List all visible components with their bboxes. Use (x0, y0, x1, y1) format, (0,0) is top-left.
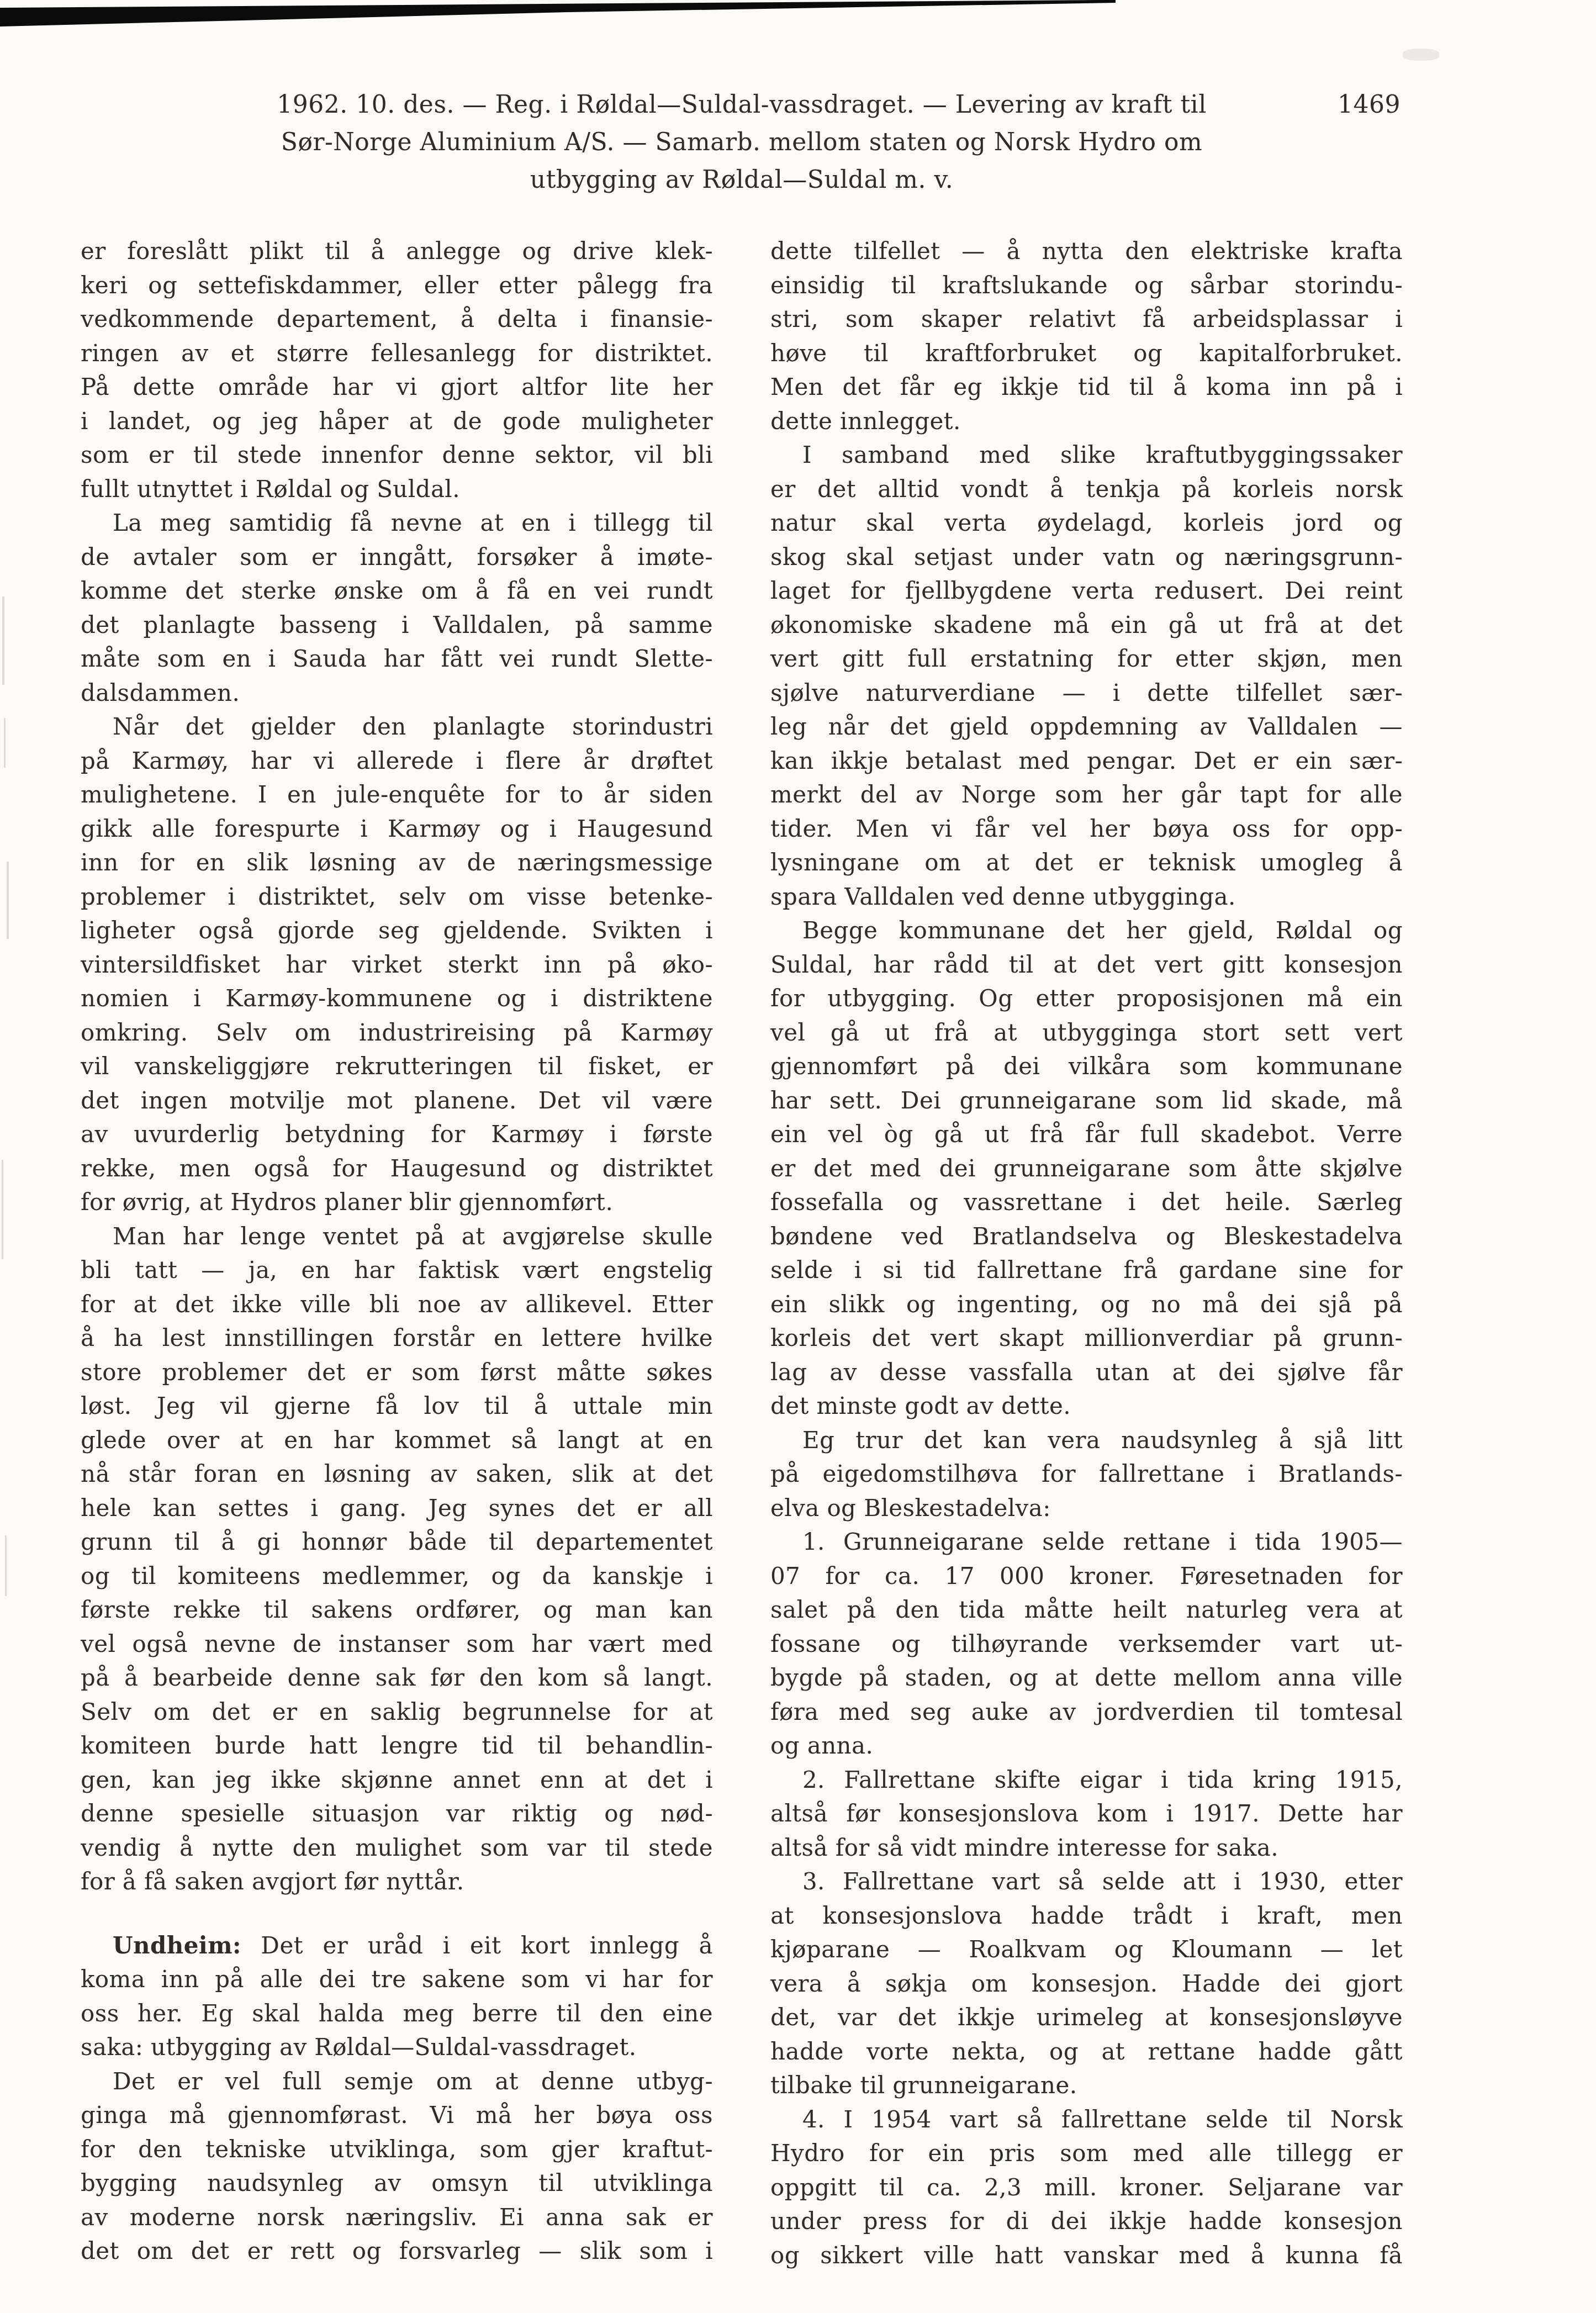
text-line: de avtaler som er inngått, forsøker å im… (81, 540, 713, 574)
text-line: korleis det vert skapt millionverdiar på… (770, 1321, 1403, 1355)
text-line: gikk alle forespurte i Karmøy og i Hauge… (81, 812, 713, 846)
text-line: og sikkert ville hatt vanskar med å kunn… (770, 2238, 1403, 2273)
text-line: økonomiske skadene må ein gå ut frå at d… (770, 608, 1403, 642)
text-line: det ingen motvilje mot planene. Det vil … (81, 1084, 713, 1118)
scan-streak (7, 862, 9, 939)
text-line: bøndene ved Bratlandselva og Bleskestade… (770, 1219, 1403, 1254)
paragraph: 4. I 1954 vart så fallrettane selde til … (770, 2103, 1403, 2273)
header-line-2: Sør-Norge Aluminium A/S. — Samarb. mello… (81, 124, 1403, 161)
text-line: føra med seg auke av jordverdien til tom… (770, 1695, 1403, 1729)
text-line: stri, som skaper relativt få arbeidsplas… (770, 302, 1403, 336)
text-line: oppgitt til ca. 2,3 mill. kroner. Seljar… (770, 2171, 1403, 2205)
text-line: leg når det gjeld oppdemning av Valldale… (770, 710, 1403, 744)
text-columns: er foreslått plikt til å anlegge og driv… (81, 234, 1403, 2272)
scan-streak (5, 1535, 7, 1596)
text-line: på eigedomstilhøva for fallrettane i Bra… (770, 1457, 1403, 1491)
text-line: Hydro for ein pris som med alle tillegg … (770, 2136, 1403, 2171)
text-line: koma inn på alle dei tre sakene som vi h… (81, 1962, 713, 1997)
text-line: høve til kraftforbruket og kapitalforbru… (770, 336, 1403, 371)
text-line: som er til stede innenfor denne sektor, … (81, 438, 713, 472)
document-page: 1962. 10. des. — Reg. i Røldal—Suldal-va… (0, 0, 1596, 2313)
text-line: ginga må gjennomførast. Vi må her bøya o… (81, 2098, 713, 2132)
text-line: laget for fjellbygdene verta redusert. D… (770, 574, 1403, 608)
text-line: kjøparane — Roalkvam og Kloumann — let (770, 1932, 1403, 1967)
text-line: fullt utnyttet i Røldal og Suldal. (81, 472, 713, 506)
text-line: det, var det ikkje urimeleg at konsesjon… (770, 2000, 1403, 2035)
header-line-3: utbygging av Røldal—Suldal m. v. (81, 161, 1403, 199)
paragraph: Det er vel full semje om at denne utbyg-… (81, 2064, 713, 2268)
text-line: dalsdammen. (81, 676, 713, 710)
text-line: tilbake til grunneigarane. (770, 2068, 1403, 2103)
text-line: altså for så vidt mindre interesse for s… (770, 1831, 1403, 1865)
paragraph: Man har lenge ventet på at avgjørelse sk… (81, 1219, 713, 1899)
paragraph: Eg trur det kan vera naudsynleg å sjå li… (770, 1423, 1403, 1525)
text-line: 2. Fallrettane skifte eigar i tida kring… (770, 1763, 1403, 1797)
text-line: vert gitt full erstatning for etter skjø… (770, 642, 1403, 676)
paragraph: 2. Fallrettane skifte eigar i tida kring… (770, 1763, 1403, 1865)
text-line: På dette område har vi gjort altfor lite… (81, 370, 713, 404)
text-line: under press for di dei ikkje hadde konse… (770, 2204, 1403, 2238)
page-number: 1469 (1338, 86, 1401, 124)
text-line: mulighetene. I en jule-enquête for to år… (81, 778, 713, 812)
text-line: Det er vel full semje om at denne utbyg- (81, 2064, 713, 2099)
text-line: løst. Jeg vil gjerne få lov til å uttale… (81, 1389, 713, 1423)
paragraph: I samband med slike kraftutbyggingssaker… (770, 438, 1403, 913)
text-line: Begge kommunane det her gjeld, Røldal og (770, 913, 1403, 948)
text-line: komme det sterke ønske om å få en vei ru… (81, 574, 713, 608)
speaker-name: Undheim: (113, 1932, 241, 1959)
text-line: nomien i Karmøy-kommunene og i distrikte… (81, 981, 713, 1016)
text-line: vil vanskeliggjøre rekrutteringen til fi… (81, 1049, 713, 1084)
paragraph: Begge kommunane det her gjeld, Røldal og… (770, 913, 1403, 1423)
text-line: rekke, men også for Haugesund og distrik… (81, 1152, 713, 1186)
scan-streak (4, 718, 6, 768)
text-line: for utbygging. Og etter proposisjonen må… (770, 981, 1403, 1016)
text-line: vendig å nytte den mulighet som var til … (81, 1831, 713, 1865)
scan-streak (2, 596, 4, 685)
text-line: og anna. (770, 1729, 1403, 1763)
text-line: vedkommende departement, å delta i finan… (81, 302, 713, 336)
text-line: tider. Men vi får vel her bøya oss for o… (770, 812, 1403, 846)
paragraph: 1. Grunneigarane selde rettane i tida 19… (770, 1525, 1403, 1763)
text-line: for den tekniske utviklinga, som gjer kr… (81, 2132, 713, 2167)
scan-streak (2, 1160, 3, 1259)
text-line: for at det ikke ville bli noe av allikev… (81, 1287, 713, 1322)
scan-artifact-top-edge (0, 0, 1116, 29)
text-line: det planlagte basseng i Valldalen, på sa… (81, 608, 713, 642)
text-line: for øvrig, at Hydros planer blir gjennom… (81, 1185, 713, 1219)
text-line: 4. I 1954 vart så fallrettane selde til … (770, 2103, 1403, 2137)
text-line: og til komiteens medlemmer, og da kanskj… (81, 1559, 713, 1593)
text-line: dette tilfellet — å nytta den elektriske… (770, 234, 1403, 268)
text-line: Men det får eg ikkje tid til å koma inn … (770, 370, 1403, 404)
text-line: har sett. Dei grunneigarane som lid skad… (770, 1084, 1403, 1118)
text-line: merkt del av Norge som her går tapt for … (770, 778, 1403, 812)
text-line: på Karmøy, har vi allerede i flere år dr… (81, 744, 713, 778)
text-line: denne spesielle situasjon var riktig og … (81, 1797, 713, 1831)
text-line: er det med dei grunneigarane som åtte sk… (770, 1152, 1403, 1186)
text-line: fossane og tilhøyrande verksemder vart u… (770, 1627, 1403, 1661)
paragraph: Undheim: Det er uråd i eit kort innlegg … (81, 1929, 713, 2064)
text-line: inn for en slik løsning av de næringsmes… (81, 846, 713, 880)
text-line: vel gå ut frå at utbygginga stort sett v… (770, 1016, 1403, 1050)
scan-smudge (1403, 49, 1439, 61)
text-line: saka: utbygging av Røldal—Suldal-vassdra… (81, 2030, 713, 2064)
text-line: Suldal, har rådd til at det vert gitt ko… (770, 948, 1403, 982)
page-header: 1962. 10. des. — Reg. i Røldal—Suldal-va… (81, 86, 1403, 199)
paragraph: La meg samtidig få nevne at en i tillegg… (81, 506, 713, 710)
text-line: spara Valldalen ved denne utbygginga. (770, 880, 1403, 914)
text-line: altså før konsesjonslova kom i 1917. Det… (770, 1797, 1403, 1831)
text-line: for å få saken avgjort før nyttår. (81, 1865, 713, 1899)
header-line-1: 1962. 10. des. — Reg. i Røldal—Suldal-va… (81, 86, 1403, 124)
text-line: bygde på staden, og at dette mellom anna… (770, 1661, 1403, 1695)
text-line: hadde vorte nekta, og at rettane hadde g… (770, 2035, 1403, 2069)
text-line: grunn til å gi honnør både til departeme… (81, 1525, 713, 1559)
text-line: glede over at en har kommet så langt at … (81, 1423, 713, 1457)
text-line: selde i si tid fallrettane frå gardane s… (770, 1253, 1403, 1287)
text-line: La meg samtidig få nevne at en i tillegg… (81, 506, 713, 540)
text-line: det minste godt av dette. (770, 1389, 1403, 1423)
text-line: gen, kan jeg ikke skjønne annet enn at d… (81, 1763, 713, 1797)
text-line: er det alltid vondt å tenkja på korleis … (770, 472, 1403, 506)
text-line: store problemer det er som først måtte s… (81, 1355, 713, 1390)
text-line: at konsesjonslova hadde trådt i kraft, m… (770, 1899, 1403, 1933)
text-line: lysningane om at det er teknisk umogleg … (770, 846, 1403, 880)
text-line: Man har lenge ventet på at avgjørelse sk… (81, 1219, 713, 1254)
text-line: er foreslått plikt til å anlegge og driv… (81, 234, 713, 268)
text-line: bygging naudsynleg av omsyn til utviklin… (81, 2166, 713, 2200)
text-line: natur skal verta øydelagd, korleis jord … (770, 506, 1403, 540)
text-line: av moderne norsk næringsliv. Ei anna sak… (81, 2200, 713, 2235)
text-line: i landet, og jeg håper at de gode muligh… (81, 404, 713, 439)
text-line: einsidig til kraftslukande og sårbar sto… (770, 268, 1403, 303)
text-line: 3. Fallrettane vart så selde att i 1930,… (770, 1865, 1403, 1899)
text-line: Undheim: Det er uråd i eit kort innlegg … (81, 1929, 713, 1963)
text-line: problemer i distriktet, selv om visse be… (81, 880, 713, 914)
text-line: av uvurderlig betydning for Karmøy i før… (81, 1117, 713, 1152)
text-line: salet på den tida måtte heilt naturleg v… (770, 1593, 1403, 1627)
text-line: ringen av et større fellesanlegg for dis… (81, 336, 713, 371)
text-line: oss her. Eg skal halda meg berre til den… (81, 1997, 713, 2031)
text-line: Selv om det er en saklig begrunnelse for… (81, 1695, 713, 1729)
paragraph: Når det gjelder den planlagte storindust… (81, 710, 713, 1219)
text-line: ein slikk og ingenting, og no må dei sjå… (770, 1287, 1403, 1322)
text-line: Eg trur det kan vera naudsynleg å sjå li… (770, 1423, 1403, 1457)
paragraph: er foreslått plikt til å anlegge og driv… (81, 234, 713, 506)
text-line: fossefalla og vassrettane i det heile. S… (770, 1185, 1403, 1219)
text-line: sjølve naturverdiane — i dette tilfellet… (770, 676, 1403, 710)
text-line: på å bearbeide denne sak før den kom så … (81, 1661, 713, 1695)
text-line: vera å søkja om konsesjon. Hadde dei gjo… (770, 1967, 1403, 2001)
text-line: 07 for ca. 17 000 kroner. Føresetnaden f… (770, 1559, 1403, 1593)
column-left: er foreslått plikt til å anlegge og driv… (81, 234, 713, 2272)
text-line: det om det er rett og forsvarleg — slik … (81, 2234, 713, 2268)
text-line: omkring. Selv om industrireising på Karm… (81, 1016, 713, 1050)
text-line: vintersildfisket har virket sterkt inn p… (81, 948, 713, 982)
text-line: elva og Bleskestadelva: (770, 1491, 1403, 1525)
column-right: dette tilfellet — å nytta den elektriske… (770, 234, 1403, 2272)
text-line: hele kan settes i gang. Jeg synes det er… (81, 1491, 713, 1525)
text-line: lag av desse vassfalla utan at dei sjølv… (770, 1355, 1403, 1390)
text-line: 1. Grunneigarane selde rettane i tida 19… (770, 1525, 1403, 1559)
text-line: nå står foran en løsning av saken, slik … (81, 1457, 713, 1491)
text-line: dette innlegget. (770, 404, 1403, 439)
text-line: skog skal setjast under vatn og næringsg… (770, 540, 1403, 574)
paragraph: 3. Fallrettane vart så selde att i 1930,… (770, 1865, 1403, 2103)
text-line: Når det gjelder den planlagte storindust… (81, 710, 713, 744)
text-line: måte som en i Sauda har fått vei rundt S… (81, 642, 713, 676)
text-line: komiteen burde hatt lengre tid til behan… (81, 1729, 713, 1763)
text-line: første rekke til sakens ordfører, og man… (81, 1593, 713, 1627)
text-line: kan ikkje betalast med pengar. Det er ei… (770, 744, 1403, 778)
text-line: ligheter også gjorde seg gjeldende. Svik… (81, 913, 713, 948)
text-line: ein vel òg gå ut frå får full skadebot. … (770, 1117, 1403, 1152)
text-line: gjennomført på dei vilkåra som kommunane (770, 1049, 1403, 1084)
text-line: I samband med slike kraftutbyggingssaker (770, 438, 1403, 472)
text-line: bli tatt — ja, en har faktisk vært engst… (81, 1253, 713, 1287)
text-line: keri og settefiskdammer, eller etter pål… (81, 268, 713, 303)
text-line: vel også nevne de instanser som har vært… (81, 1627, 713, 1661)
paragraph: dette tilfellet — å nytta den elektriske… (770, 234, 1403, 438)
text-line: å ha lest innstillingen forstår en lette… (81, 1321, 713, 1355)
